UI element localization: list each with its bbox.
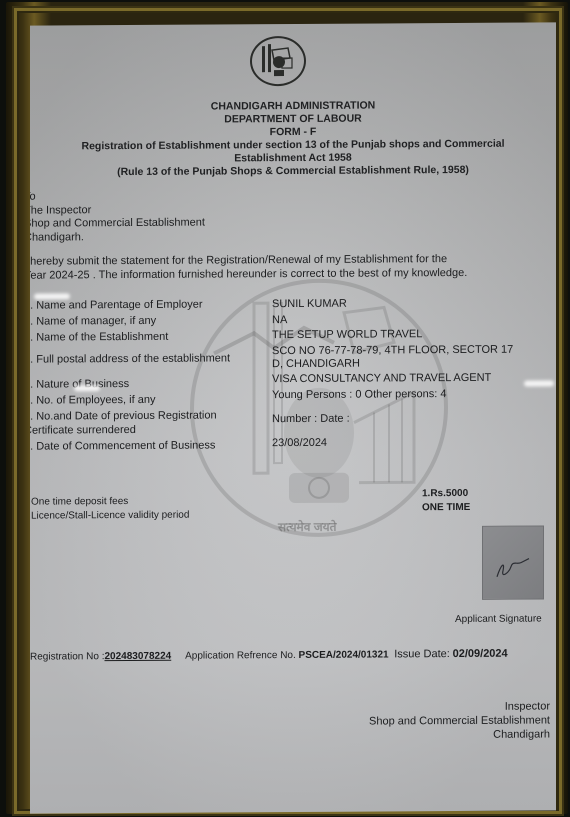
field-value-previous-registration: Number : Date : [272,413,350,426]
registration-footer: Registration No :202483078224 Applicatio… [30,648,508,663]
field-value-manager: NA [272,314,287,327]
addressee-block: To The Inspector Shop and Commercial Est… [30,190,205,245]
declaration-text: I hereby submit the statement for the Re… [30,251,544,282]
chandigarh-emblem-icon [250,36,306,86]
national-emblem-watermark [190,278,448,538]
field-value-establishment: THE SETUP WORLD TRAVEL [272,328,422,342]
field-label-commencement: 8. Date of Commencement of Business [30,439,215,453]
validity-value: ONE TIME [422,501,470,515]
field-label-address: 4. Full postal address of the establishm… [30,352,230,366]
addressee-line: Shop and Commercial Establishment [30,217,205,232]
signature-caption: Applicant Signature [455,613,542,625]
issuer-line: Shop and Commercial Establishment [369,713,550,728]
field-value-commencement: 23/08/2024 [272,437,327,450]
validity-label: Licence/Stall-Licence validity period [31,509,189,524]
issue-date: 02/09/2024 [453,648,508,660]
issue-date-label: Issue Date: [394,648,450,660]
certificate-header: CHANDIGARH ADMINISTRATION DEPARTMENT OF … [30,98,556,179]
application-label: Application Refrence No. [185,650,296,662]
registration-number: 202483078224 [104,651,171,662]
issuer-line: Inspector [369,699,550,714]
field-label-employer: 1. Name and Parentage of Employer [30,299,203,313]
field-label-previous-registration-line2: Certificate surrendered [30,424,136,438]
light-reflection [74,385,100,391]
header-line-6: (Rule 13 of the Punjab Shops & Commercia… [30,163,556,179]
field-label-previous-registration: 7. No.and Date of previous Registration [30,409,217,423]
issuing-authority: Inspector Shop and Commercial Establishm… [369,699,550,742]
declaration-line: Year 2024-25 . The information furnished… [30,265,544,282]
field-value-address-line2: D, CHANDIGARH [272,358,360,372]
light-reflection [524,380,554,386]
fee-value: 1.Rs.5000 [422,487,470,501]
light-reflection [34,293,70,299]
fees-values: 1.Rs.5000 ONE TIME [422,487,470,515]
watermark-motto: सत्यमेव जयते [278,518,336,535]
field-value-address: SCO NO 76-77-78-79, 4TH FLOOR, SECTOR 17 [272,344,513,358]
addressee-line: Chandigarh. [30,230,205,245]
addressee-line: To [30,190,205,205]
fee-label: One time deposit fees [31,495,189,510]
field-label-employees: 6. No. of Employees, if any [30,394,155,408]
addressee-line: The Inspector [30,203,205,218]
field-value-nature: VISA CONSULTANCY AND TRAVEL AGENT [272,372,491,386]
applicant-signature-image [482,525,544,599]
field-label-manager: 2. Name of manager, if any [30,315,156,329]
fees-labels: One time deposit fees Licence/Stall-Lice… [31,495,189,524]
registration-certificate: सत्यमेव जयते CHANDIGARH ADMINISTRATION D… [30,22,556,813]
issuer-line: Chandigarh [369,727,550,742]
application-number: PSCEA/2024/01321 [299,649,389,661]
field-label-establishment: 3. Name of the Establishment [30,331,168,345]
field-value-employer: SUNIL KUMAR [272,298,347,311]
registration-label: Registration No : [30,651,104,662]
field-value-employees: Young Persons : 0 Other persons: 4 [272,388,446,402]
